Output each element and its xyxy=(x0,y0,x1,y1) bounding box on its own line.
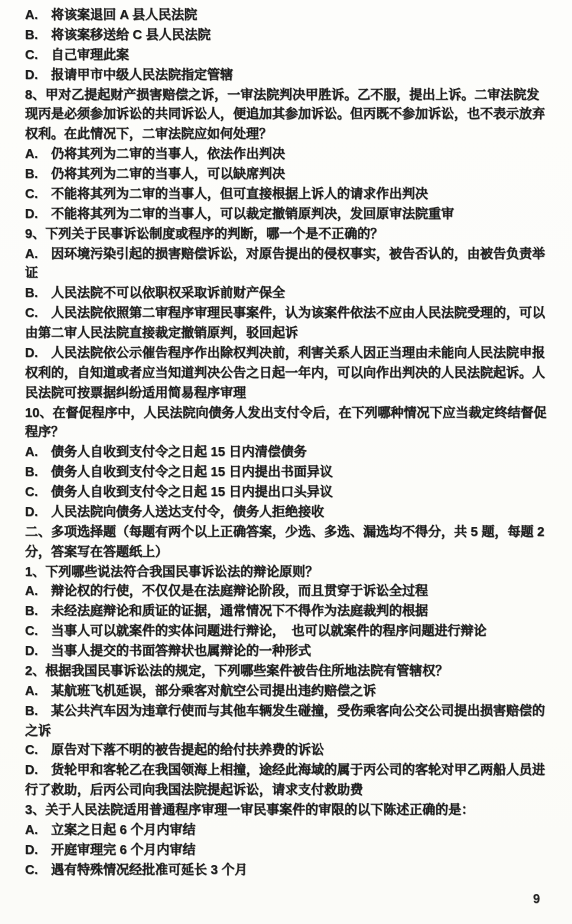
option-line: D. 开庭审理完 6 个月内审结 xyxy=(25,840,548,860)
option-line: C. 不能将其列为二审的当事人，但可直接根据上诉人的请求作出判决 xyxy=(25,184,548,204)
option-line: D. 人民法院向债务人送达支付令，债务人拒绝接收 xyxy=(25,502,548,522)
question-line: 3、关于人民法院适用普通程序审理一审民事案件的审限的以下陈述正确的是： xyxy=(25,800,548,820)
option-line: C. 人民法院依照第二审程序审理民事案件，认为该案件依法不应由人民法院受理的，可… xyxy=(25,303,548,323)
exam-text-block: A. 将该案退回 A 县人民法院 B. 将该案移送给 C 县人民法院 C. 自己… xyxy=(25,5,548,880)
continuation-line: 程序？ xyxy=(25,422,548,442)
option-line: A. 仍将其列为二审的当事人，依法作出判决 xyxy=(25,144,548,164)
option-line: C. 遇有特殊情况经批准可延长 3 个月 xyxy=(25,860,548,880)
question-line: 9、下列关于民事诉讼制度或程序的判断，哪一个是不正确的？ xyxy=(25,224,548,244)
option-line: C. 当事人可以就案件的实体问题进行辩论， 也可以就案件的程序问题进行辩论 xyxy=(25,621,548,641)
continuation-line: 行了救助，后丙公司向我国法院提起诉讼，请求支付救助费 xyxy=(25,780,548,800)
continuation-line: 权利的，自知道或者应当知道判决公告之日起一年内，可以向作出判决的人民法院起诉。人 xyxy=(25,363,548,383)
option-line: B. 债务人自收到支付令之日起 15 日内提出书面异议 xyxy=(25,462,548,482)
question-line: 1、下列哪些说法符合我国民事诉讼法的辩论原则？ xyxy=(25,562,548,582)
option-line: B. 人民法院不可以依职权采取诉前财产保全 xyxy=(25,283,548,303)
option-line: C. 自己审理此案 xyxy=(25,45,548,65)
section-heading-line: 二、多项选择题（每题有两个以上正确答案，少选、多选、漏选均不得分，共 5 题，每… xyxy=(25,522,548,542)
continuation-line: 分，答案写在答题纸上） xyxy=(25,542,548,562)
option-line: D. 报请甲市中级人民法院指定管辖 xyxy=(25,65,548,85)
question-line: 8、甲对乙提起财产损害赔偿之诉，一审法院判决甲胜诉。乙不服，提出上诉。二审法院发 xyxy=(25,85,548,105)
option-line: D. 当事人提交的书面答辩状也属辩论的一种形式 xyxy=(25,641,548,661)
option-line: A. 债务人自收到支付令之日起 15 日内清偿债务 xyxy=(25,442,548,462)
question-line: 2、根据我国民事诉讼法的规定，下列哪些案件被告住所地法院有管辖权？ xyxy=(25,661,548,681)
option-line: A. 辩论权的行使，不仅仅是在法庭辩论阶段，而且贯穿于诉讼全过程 xyxy=(25,581,548,601)
option-line: A. 立案之日起 6 个月内审结 xyxy=(25,820,548,840)
continuation-line: 现丙是必须参加诉讼的共同诉讼人，便追加其参加诉讼。但丙既不参加诉讼，也不表示放弃 xyxy=(25,104,548,124)
option-line: A. 某航班飞机延误，部分乘客对航空公司提出违约赔偿之诉 xyxy=(25,681,548,701)
continuation-line: 证 xyxy=(25,263,548,283)
continuation-line: 民法院可按票据纠纷适用简易程序审理 xyxy=(25,383,548,403)
scanned-exam-page: A. 将该案退回 A 县人民法院 B. 将该案移送给 C 县人民法院 C. 自己… xyxy=(0,0,572,924)
option-line: D. 人民法院依公示催告程序作出除权判决前，利害关系人因正当理由未能向人民法院申… xyxy=(25,343,548,363)
continuation-line: 由第二审人民法院直接裁定撤销原判，驳回起诉 xyxy=(25,323,548,343)
option-line: B. 仍将其列为二审的当事人，可以缺席判决 xyxy=(25,164,548,184)
option-line: C. 原告对下落不明的被告提起的给付扶养费的诉讼 xyxy=(25,740,548,760)
option-line: B. 某公共汽车因为违章行使而与其他车辆发生碰撞，受伤乘客向公交公司提出损害赔偿… xyxy=(25,701,548,721)
continuation-line: 权利。在此情况下，二审法院应如何处理？ xyxy=(25,124,548,144)
option-line: B. 将该案移送给 C 县人民法院 xyxy=(25,25,548,45)
page-number: 9 xyxy=(533,892,540,906)
option-line: C. 债务人自收到支付令之日起 15 日内提出口头异议 xyxy=(25,482,548,502)
option-line: B. 未经法庭辩论和质证的证据，通常情况下不得作为法庭裁判的根据 xyxy=(25,601,548,621)
option-line: A. 因环境污染引起的损害赔偿诉讼，对原告提出的侵权事实，被告否认的，由被告负责… xyxy=(25,244,548,264)
option-line: A. 将该案退回 A 县人民法院 xyxy=(25,5,548,25)
continuation-line: 之诉 xyxy=(25,721,548,741)
option-line: D. 不能将其列为二审的当事人，可以裁定撤销原判决，发回原审法院重审 xyxy=(25,204,548,224)
question-line: 10、在督促程序中，人民法院向债务人发出支付令后，在下列哪种情况下应当裁定终结督… xyxy=(25,403,548,423)
option-line: D. 货轮甲和客轮乙在我国领海上相撞，途经此海域的属于丙公司的客轮对甲乙两船人员… xyxy=(25,760,548,780)
